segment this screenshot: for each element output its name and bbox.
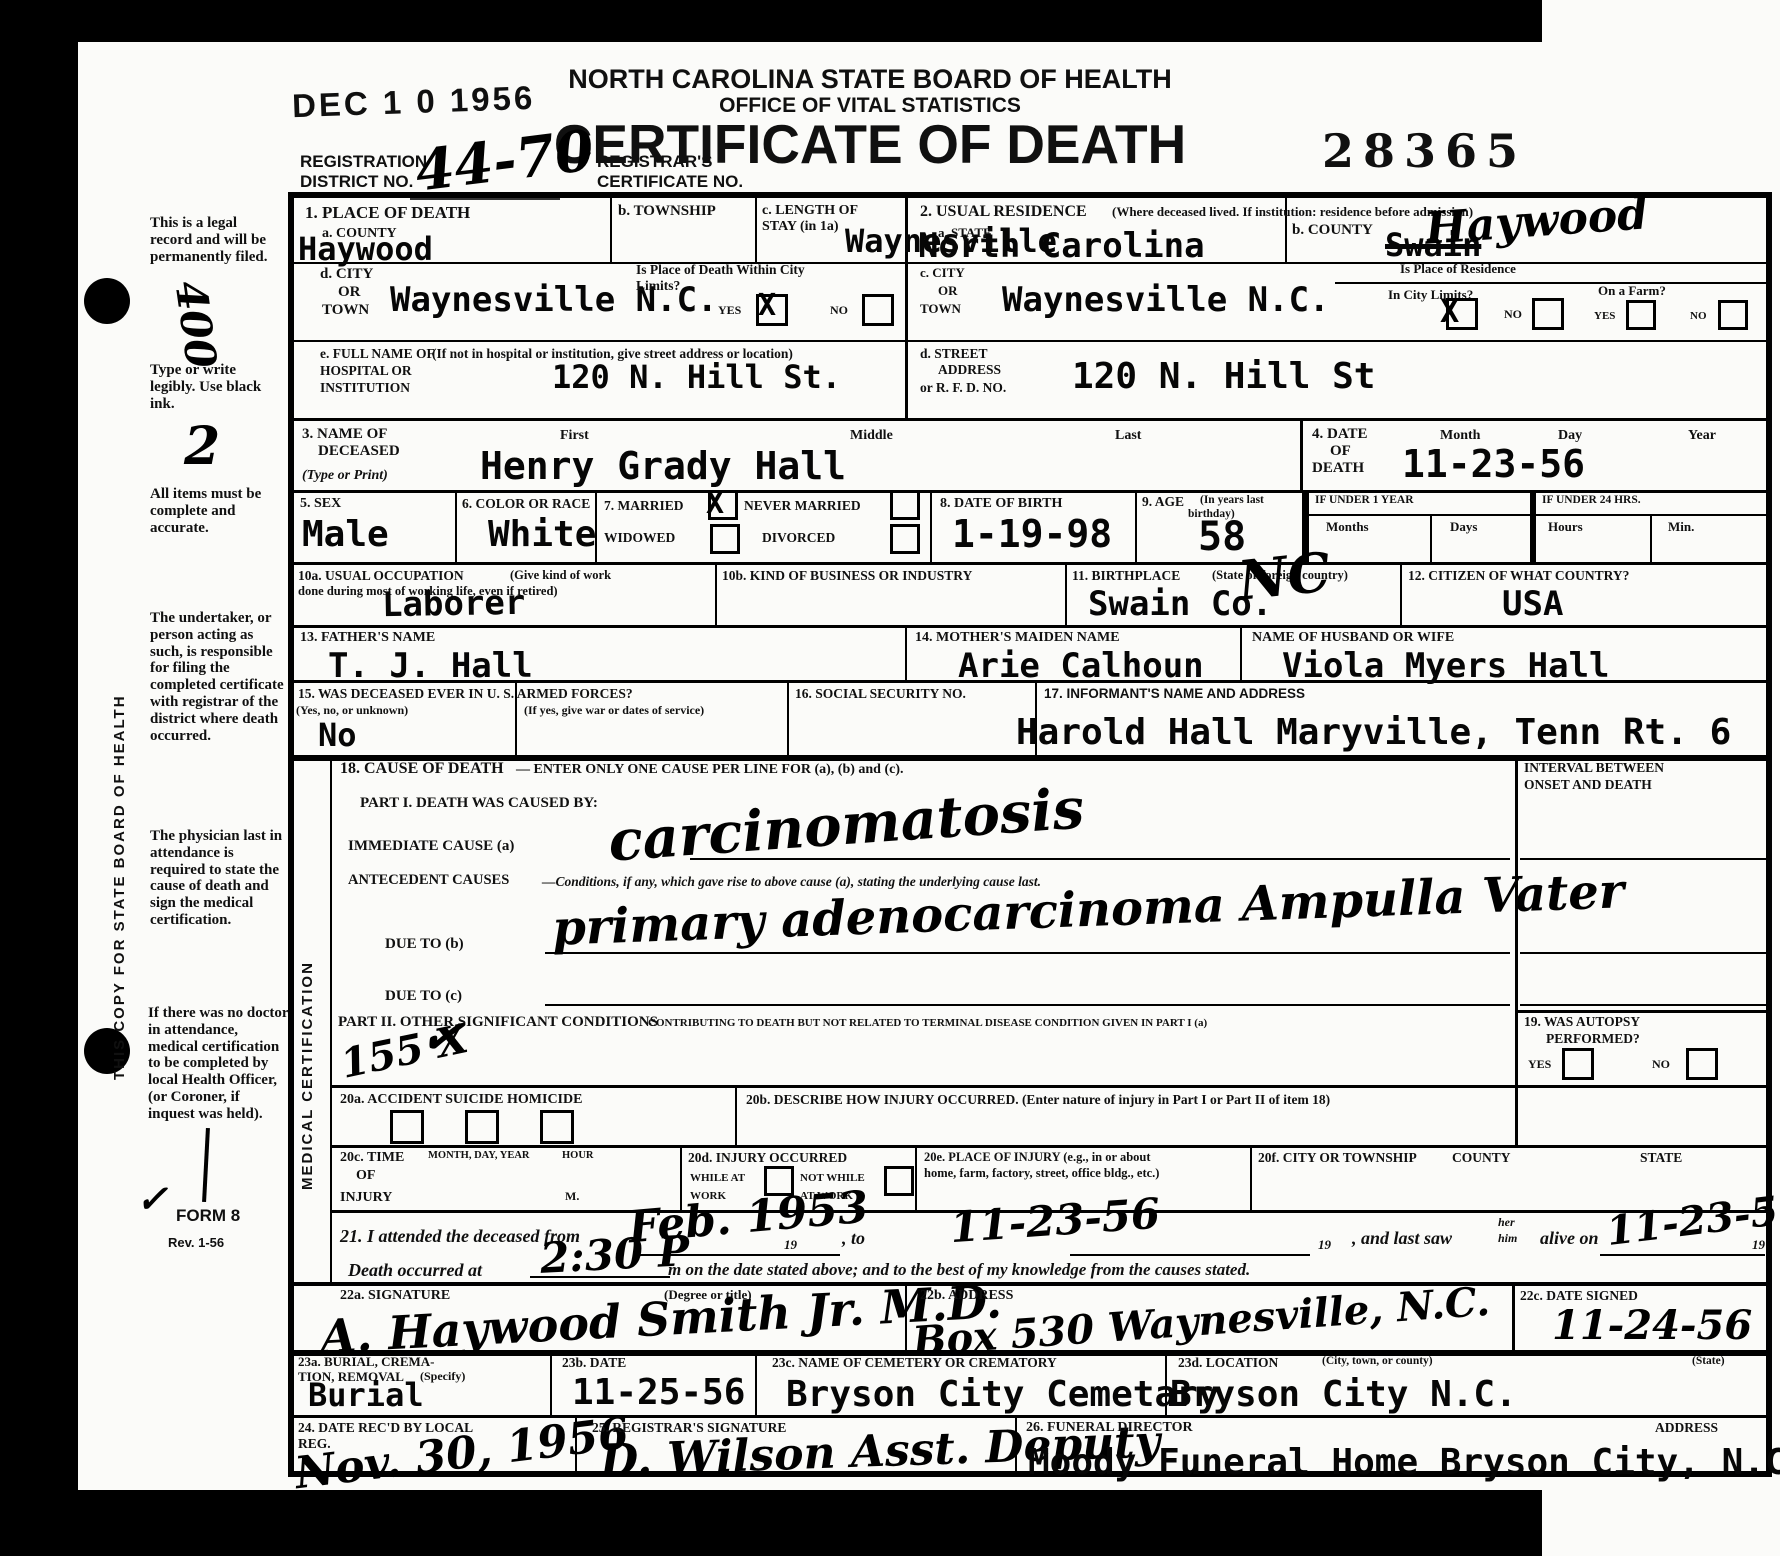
box23a-specify-label: (Specify) — [420, 1370, 465, 1383]
box2-farm-yes-checkbox — [1626, 300, 1656, 330]
death-certificate-scan: This is a legal record and will be perma… — [0, 0, 1780, 1556]
box23d-paren-1: (City, town, or county) — [1322, 1355, 1433, 1368]
box8-title: 8. DATE OF BIRTH — [940, 496, 1062, 512]
box17-informant-value: Harold Hall Maryville, Tenn Rt. 6 — [1016, 712, 1731, 753]
box23b-burial-date-value: 11-25-56 — [572, 1372, 745, 1413]
box3-title-3: (Type or Print) — [302, 468, 388, 484]
box23d-title: 23d. LOCATION — [1178, 1355, 1278, 1370]
box18-title: 18. CAUSE OF DEATH — [340, 760, 504, 778]
margin-handwriting-2: 2 — [184, 416, 220, 477]
margin-note-complete: All items must be complete and accurate. — [150, 486, 285, 536]
box20a-suicide-checkbox — [465, 1110, 499, 1144]
box1-limits-no-label: NO — [830, 304, 848, 317]
box21-him-label: him — [1498, 1232, 1517, 1245]
box12-citizen-value: USA — [1502, 584, 1563, 624]
margin-note-ink: Type or write legibly. Use black ink. — [150, 362, 270, 412]
box9-months-label: Months — [1326, 520, 1369, 535]
box21-year-stub-3: 19 — [1752, 1238, 1765, 1253]
box20a-accident-checkbox — [390, 1110, 424, 1144]
box23b-title: 23b. DATE — [562, 1355, 626, 1370]
box9-title: 9. AGE — [1142, 494, 1184, 509]
box19-yes-label: YES — [1528, 1058, 1551, 1071]
box2-citylimits-yes-mark: X — [1440, 292, 1459, 330]
box18-antecedent-label: ANTECEDENT CAUSES — [348, 872, 509, 888]
box6-title: 6. COLOR OR RACE — [462, 496, 590, 511]
box9-min-label: Min. — [1668, 520, 1694, 535]
box20f-county-label: COUNTY — [1452, 1150, 1511, 1165]
box23d-location-value: Bryson City N.C. — [1170, 1374, 1517, 1415]
box15-title: 15. WAS DECEASED EVER IN U. S. ARMED FOR… — [298, 686, 633, 701]
box20c-hour-label: HOUR — [562, 1150, 594, 1162]
margin-checkmark: ✓ — [136, 1176, 168, 1221]
box18-title-2: — ENTER ONLY ONE CAUSE PER LINE FOR (a),… — [516, 762, 904, 778]
box9-under24-label: IF UNDER 24 HRS. — [1542, 494, 1641, 507]
box2-street-label-3: or R. F. D. NO. — [920, 380, 1006, 395]
box4-title-1: 4. DATE — [1312, 426, 1368, 443]
box11-state-handwritten: NC — [1235, 539, 1334, 612]
box20c-m-label: M. — [565, 1190, 579, 1203]
box18-interval-label-1: INTERVAL BETWEEN — [1524, 760, 1664, 775]
box6-race-value: White — [488, 514, 596, 555]
margin-handwritten-stroke — [202, 1128, 210, 1202]
box7-divorced-checkbox — [890, 524, 920, 554]
box2-street-value: 120 N. Hill St — [1072, 356, 1375, 397]
box8-birth-date-value: 1-19-98 — [952, 512, 1112, 556]
box7-never-married-label: NEVER MARRIED — [744, 498, 861, 513]
box1-township-label: b. TOWNSHIP — [618, 203, 716, 220]
box19-no-checkbox — [1686, 1048, 1718, 1080]
registration-label-2: DISTRICT NO. — [300, 172, 413, 191]
box1-limits-yes-mark: X — [758, 288, 776, 323]
box5-title: 5. SEX — [300, 496, 341, 512]
medical-certification-vertical-label: MEDICAL CERTIFICATION — [300, 830, 317, 1190]
box1-limits-no-checkbox — [862, 294, 894, 326]
box23a-burial-value: Burial — [308, 1376, 424, 1414]
box23c-cemetery-value: Bryson City Cemetary — [786, 1374, 1219, 1415]
box1-city-label-2: OR — [338, 284, 361, 301]
margin-form-revision: Rev. 1-56 — [168, 1236, 224, 1251]
box26-address-label: ADDRESS — [1655, 1420, 1718, 1435]
box3-last-label: Last — [1115, 428, 1141, 444]
box26-funeral-director-value: Moody Funeral Home Bryson City, N.C — [1028, 1442, 1780, 1483]
box2-residence-label: Is Place of Residence — [1400, 262, 1516, 277]
box20f-state-label: STATE — [1640, 1150, 1682, 1165]
box19-title-2: PERFORMED? — [1546, 1031, 1640, 1046]
box4-date-of-death-value: 11-23-56 — [1402, 442, 1585, 486]
box1-city-label-3: TOWN — [322, 302, 369, 319]
box20c-sub-label: MONTH, DAY, YEAR — [428, 1150, 530, 1162]
box18-interval-label-2: ONSET AND DEATH — [1524, 777, 1652, 792]
box13-title: 13. FATHER'S NAME — [300, 630, 435, 646]
box2-farm-yes-label: YES — [1594, 310, 1615, 322]
box2-city-value: Waynesville N.C. — [1002, 280, 1330, 320]
box2-farm-no-checkbox — [1718, 300, 1748, 330]
box20a-homicide-checkbox — [540, 1110, 574, 1144]
box7-never-married-checkbox — [890, 490, 920, 520]
registration-label-1: REGISTRATION — [300, 152, 427, 171]
box1-county-value: Haywood — [298, 230, 433, 268]
registrar-label-2: CERTIFICATE NO. — [597, 172, 743, 191]
box2-state-value: North Carolina — [918, 226, 1205, 266]
box2-county-label: b. COUNTY — [1292, 222, 1373, 239]
box9-days-label: Days — [1450, 520, 1477, 535]
box11-title: 11. BIRTHPLACE — [1072, 568, 1180, 583]
box7-married-mark: X — [706, 486, 724, 521]
received-date-stamp: DEC 1 0 1956 — [291, 80, 535, 125]
box5-sex-value: Male — [302, 514, 389, 555]
box22a-title: 22a. SIGNATURE — [340, 1288, 450, 1304]
box26-title: 26. FUNERAL DIRECTOR — [1026, 1420, 1193, 1436]
margin-note-legal: This is a legal record and will be perma… — [150, 215, 282, 265]
box3-name-value: Henry Grady Hall — [480, 444, 846, 488]
box20c-of-label: OF — [356, 1168, 375, 1184]
box15-paren-2: (If yes, give war or dates of service) — [524, 704, 704, 717]
box2-citylimits-no-checkbox — [1532, 298, 1564, 330]
box20c-title: 20c. TIME — [340, 1150, 404, 1166]
box21-death-occurred-label: Death occurred at — [348, 1260, 482, 1280]
box21-last-saw-label: , and last saw — [1352, 1228, 1452, 1248]
box20b-title: 20b. DESCRIBE HOW INJURY OCCURRED. (Ente… — [746, 1092, 1330, 1107]
box2-title-paren: (Where deceased lived. If institution: r… — [1112, 205, 1473, 220]
box3-title-1: 3. NAME OF — [302, 426, 387, 443]
hole-punch-top — [84, 278, 130, 324]
box10a-title: 10a. USUAL OCCUPATION — [298, 568, 464, 583]
box13-father-value: T. J. Hall — [328, 646, 533, 686]
box1-stay-label-2: STAY (in 1a) — [762, 219, 839, 235]
box7-widowed-label: WIDOWED — [604, 530, 675, 545]
box20d-while-label-1: WHILE AT — [690, 1172, 745, 1184]
box10a-paren-1: (Give kind of work — [510, 568, 611, 582]
scan-edge-top — [0, 0, 1542, 42]
box10a-occupation-value: Laborer — [382, 583, 526, 625]
box4-year-label: Year — [1688, 428, 1716, 444]
box18-immediate-cause-label: IMMEDIATE CAUSE (a) — [348, 838, 514, 855]
box18-part2-checkmark: ✓ — [416, 1003, 468, 1069]
box23d-paren-2: (State) — [1692, 1355, 1725, 1368]
margin-note-physician: The physician last in attendance is requ… — [150, 828, 288, 929]
box19-yes-checkbox — [1562, 1048, 1594, 1080]
box2-citylimits-no-label: NO — [1504, 308, 1522, 321]
box3-title-2: DECEASED — [318, 443, 400, 460]
box21-year-stub-1: 19 — [784, 1238, 797, 1253]
box20e-title: 20e. PLACE OF INJURY (e.g., in or about — [924, 1150, 1151, 1164]
box20d-notwhile-checkbox — [884, 1166, 914, 1196]
spouse-title: NAME OF HUSBAND OR WIFE — [1252, 630, 1454, 646]
certificate-number: 28365 — [1322, 126, 1527, 178]
box15-armed-forces-value: No — [318, 716, 357, 754]
box1-hospital-label-2: HOSPITAL OR — [320, 363, 412, 378]
box2-city-label-2: OR — [938, 284, 958, 299]
box7-divorced-label: DIVORCED — [762, 530, 835, 545]
box1-hospital-value: 120 N. Hill St. — [552, 358, 841, 396]
box9-title-paren-1: (In years last — [1200, 494, 1264, 507]
header-board: NORTH CAROLINA STATE BOARD OF HEALTH — [540, 64, 1200, 94]
box1-hospital-label-3: INSTITUTION — [320, 380, 410, 395]
box18-part2-label: PART II. OTHER SIGNIFICANT CONDITIONS — [338, 1014, 658, 1031]
box7-married-label: 7. MARRIED — [604, 498, 684, 513]
box23c-title: 23c. NAME OF CEMETERY OR CREMATORY — [772, 1355, 1057, 1370]
box4-title-3: DEATH — [1312, 460, 1364, 477]
box18-due-to-b-label: DUE TO (b) — [385, 936, 464, 953]
box19-title-1: 19. WAS AUTOPSY — [1524, 1014, 1640, 1029]
box2-title: 2. USUAL RESIDENCE — [920, 203, 1087, 221]
box22b-title: 22b. ADDRESS — [920, 1288, 1013, 1304]
box9-under1-label: IF UNDER 1 YEAR — [1315, 494, 1414, 507]
box1-hospital-label-1: e. FULL NAME OF — [320, 346, 435, 361]
box10b-title: 10b. KIND OF BUSINESS OR INDUSTRY — [722, 568, 972, 583]
box2-street-label-1: d. STREET — [920, 346, 988, 361]
margin-form-number: FORM 8 — [176, 1206, 240, 1225]
box7-widowed-checkbox — [710, 524, 740, 554]
box9-hours-label: Hours — [1548, 520, 1583, 535]
box20c-injury-label: INJURY — [340, 1190, 392, 1206]
box20a-title: 20a. ACCIDENT SUICIDE HOMICIDE — [340, 1092, 582, 1108]
spouse-value: Viola Myers Hall — [1282, 646, 1610, 686]
box3-middle-label: Middle — [850, 428, 893, 444]
box16-title: 16. SOCIAL SECURITY NO. — [795, 686, 966, 701]
box21-to-label: , to — [842, 1228, 865, 1248]
box14-title: 14. MOTHER'S MAIDEN NAME — [915, 630, 1120, 646]
box2-farm-label: On a Farm? — [1598, 284, 1666, 299]
scan-edge-bottom — [0, 1490, 1542, 1556]
box18-part1-label: PART I. DEATH WAS CAUSED BY: — [360, 795, 598, 812]
box14-mother-value: Arie Calhoun — [958, 646, 1204, 686]
box18-part2-note: CONTRIBUTING TO DEATH BUT NOT RELATED TO… — [648, 1017, 1207, 1029]
box1-city-label-1: d. CITY — [320, 266, 373, 283]
box2-city-label-3: TOWN — [920, 302, 961, 317]
margin-note-no-doctor: If there was no doctor in attendance, me… — [148, 1005, 290, 1123]
box2-city-label-1: c. CITY — [920, 266, 965, 281]
box20e-title-2: home, farm, factory, street, office bldg… — [924, 1166, 1159, 1180]
registrar-label-1: REGISTRAR'S — [597, 152, 713, 171]
box2-street-label-2: ADDRESS — [938, 362, 1001, 377]
box1-limits-label-2: Limits? — [636, 278, 680, 293]
margin-handwriting-400: 400 — [165, 278, 226, 372]
box1-limits-yes-label: YES — [718, 304, 741, 317]
box21-year-stub-2: 19 — [1318, 1238, 1331, 1253]
box21-her-label: her — [1498, 1216, 1515, 1229]
box2-farm-no-label: NO — [1690, 310, 1707, 322]
box22c-title: 22c. DATE SIGNED — [1520, 1288, 1638, 1303]
box17-title: 17. INFORMANT'S NAME AND ADDRESS — [1044, 686, 1305, 701]
margin-vertical-copy-note: THIS COPY FOR STATE BOARD OF HEALTH — [112, 520, 129, 1080]
margin-note-undertaker: The undertaker, or person acting as such… — [150, 610, 288, 744]
box3-first-label: First — [560, 428, 589, 444]
box1-title: 1. PLACE OF DEATH — [305, 203, 470, 222]
box1-stay-label-1: c. LENGTH OF — [762, 203, 858, 219]
box20f-title: 20f. CITY OR TOWNSHIP — [1258, 1150, 1417, 1165]
box19-no-label: NO — [1652, 1058, 1670, 1071]
scan-edge-left — [0, 0, 78, 1556]
box1-limits-label-1: Is Place of Death Within City — [636, 262, 805, 277]
box4-title-2: OF — [1330, 443, 1351, 460]
box12-title: 12. CITIZEN OF WHAT COUNTRY? — [1408, 568, 1629, 583]
box22c-date-signed-value: 11-24-56 — [1552, 1302, 1752, 1349]
box21-alive-on-label: alive on — [1540, 1228, 1599, 1248]
box23a-title-1: 23a. BURIAL, CREMA- — [298, 1355, 435, 1370]
box20d-title: 20d. INJURY OCCURRED — [688, 1150, 847, 1165]
